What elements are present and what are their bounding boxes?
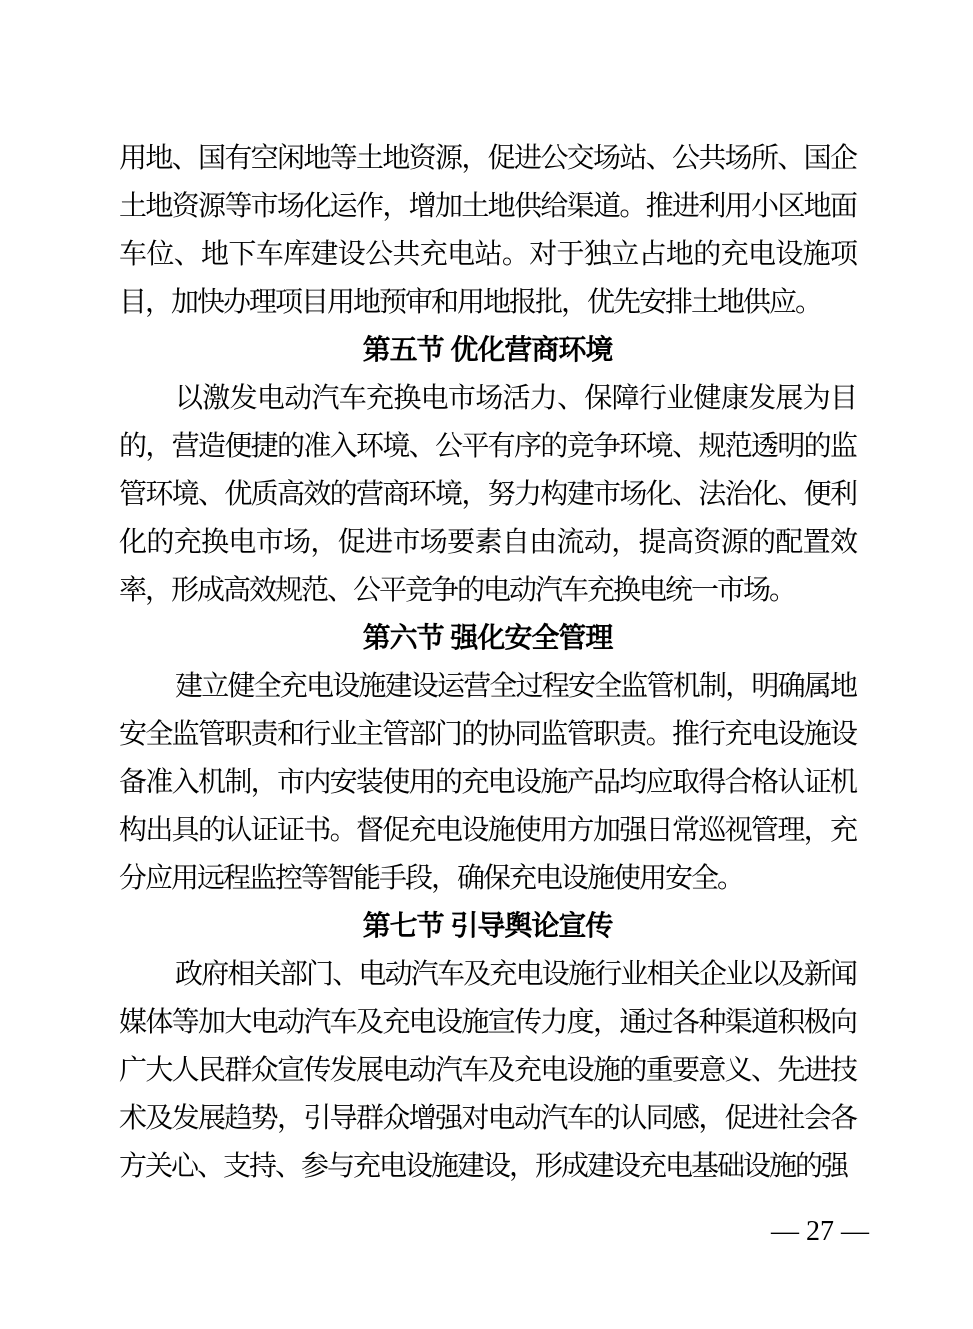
section-heading-7: 第七节 引导舆论宣传 xyxy=(119,902,856,950)
section-heading-5: 第五节 优化营商环境 xyxy=(119,326,856,374)
paragraph-land-resources: 用地、国有空闲地等土地资源，促进公交场站、公共场所、国企土地资源等市场化运作，增… xyxy=(119,134,856,326)
page-number: — 27 — xyxy=(771,1216,869,1248)
paragraph-safety-management: 建立健全充电设施建设运营全过程安全监管机制，明确属地安全监管职责和行业主管部门的… xyxy=(119,662,856,902)
section-heading-6: 第六节 强化安全管理 xyxy=(119,614,856,662)
paragraph-business-environment: 以激发电动汽车充换电市场活力、保障行业健康发展为目的，营造便捷的准入环境、公平有… xyxy=(119,374,856,614)
paragraph-publicity: 政府相关部门、电动汽车及充电设施行业相关企业以及新闻媒体等加大电动汽车及充电设施… xyxy=(119,950,856,1190)
document-body: 用地、国有空闲地等土地资源，促进公交场站、公共场所、国企土地资源等市场化运作，增… xyxy=(119,134,856,1190)
